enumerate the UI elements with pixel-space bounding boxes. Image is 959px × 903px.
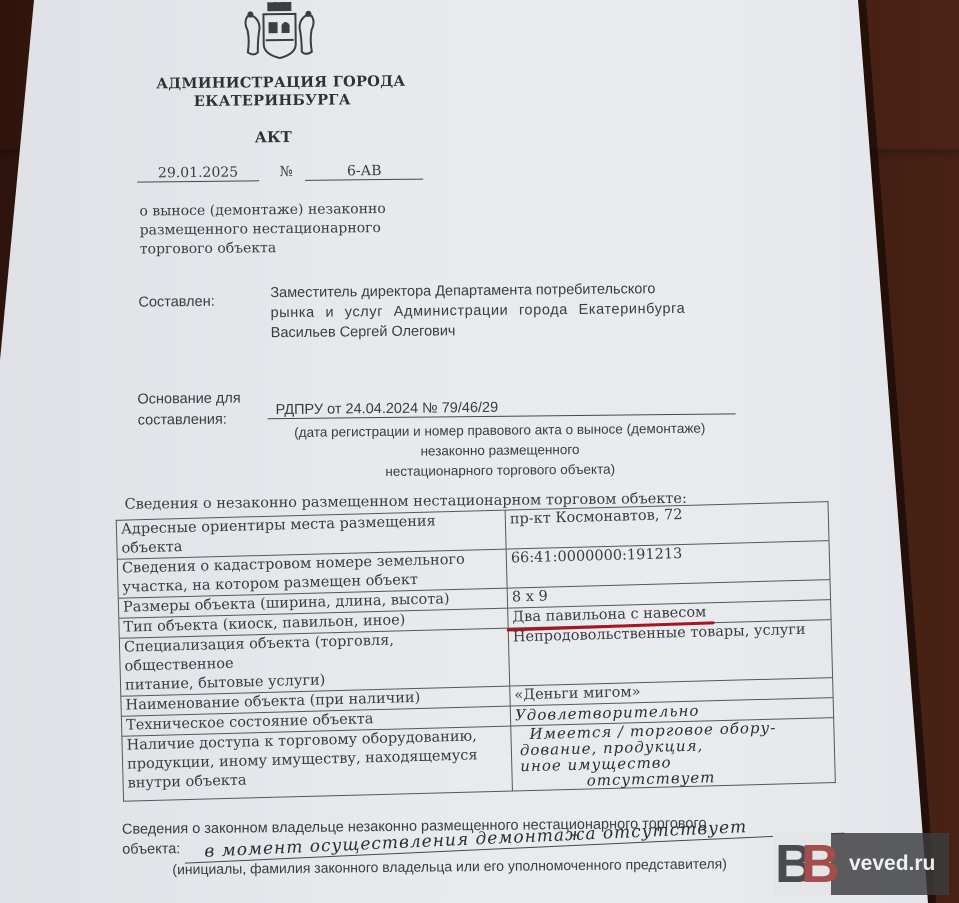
veved-watermark: В В veved.ru (773, 833, 949, 895)
basis-label-line2: составления: (138, 410, 241, 432)
owner-label: объекта: (122, 841, 180, 858)
act-date: 29.01.2025 (137, 164, 259, 182)
act-document: АДМИНИСТРАЦИЯ ГОРОДА ЕКАТЕРИНБУРГА АКТ 2… (0, 0, 959, 903)
row-value-line: Два павильона с навесом (512, 603, 706, 627)
org-name-line1: АДМИНИСТРАЦИЯ ГОРОДА (156, 73, 388, 92)
basis-label: Основание для составления: (137, 389, 241, 432)
row-value-handwritten: Имеется / торговое обору-дование, продук… (511, 718, 836, 791)
composed-label: Составлен: (138, 294, 214, 311)
act-number: 6-АВ (305, 163, 423, 181)
subject-line2: размещенного нестационарного (140, 219, 386, 241)
number-sign: № (279, 164, 292, 180)
basis-hint: (дата регистрации и номер правового акта… (270, 418, 731, 483)
row-label: Специализация объекта (торговля, обществ… (119, 628, 509, 696)
composed-by: Заместитель директора Департамента потре… (270, 279, 685, 343)
object-info-table: Адресные ориентиры места размещения объе… (116, 501, 836, 802)
ekaterinburg-coat-of-arms-icon (241, 2, 318, 63)
basis-label-line1: Основание для (137, 389, 240, 411)
org-name-line2: ЕКАТЕРИНБУРГА (156, 91, 388, 110)
act-subject: о выносе (демонтаже) незаконно размещенн… (139, 200, 386, 260)
subject-line3: торгового объекта (140, 238, 386, 260)
watermark-site: veved.ru (831, 833, 949, 895)
composed-line3: Васильев Сергей Олегович (271, 319, 686, 343)
act-title: АКТ (255, 128, 292, 146)
subject-line1: о выносе (демонтаже) незаконно (139, 200, 385, 222)
basis-value: РДПРУ от 24.04.2024 № 79/46/29 (267, 397, 735, 419)
logo-letter-right: В (801, 837, 840, 891)
veved-logo-icon: В В (773, 833, 831, 895)
row-label: Наличие доступа к торговому оборудованию… (122, 726, 513, 801)
basis-hint-line3: нестационарного торгового объекта) (270, 458, 730, 483)
